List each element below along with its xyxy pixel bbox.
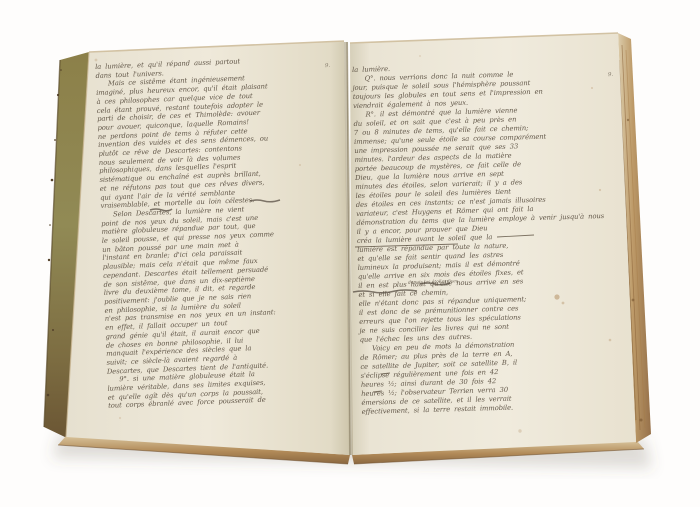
- right-page: [350, 33, 636, 455]
- left-page: [66, 41, 350, 455]
- manuscript-book-photo: [0, 0, 700, 507]
- right-folio-number: 9.: [608, 72, 613, 78]
- left-folio-number: 9.: [325, 63, 330, 69]
- photo-background: la lumière, et qu'il répand aussi partou…: [0, 0, 700, 507]
